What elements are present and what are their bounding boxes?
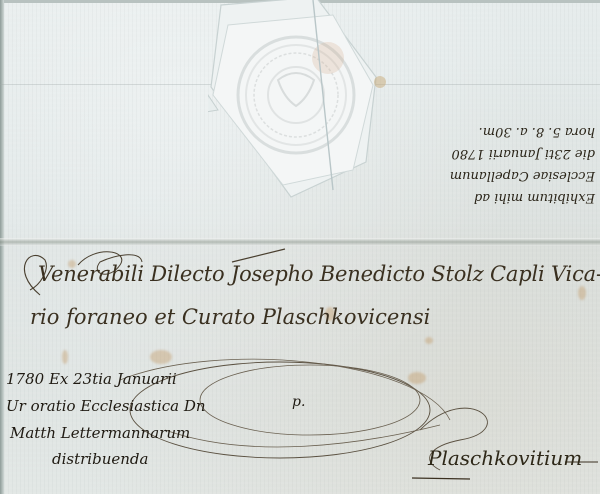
address-line-2: rio foraneo et Curato Plaschkovicensi — [30, 305, 430, 329]
address-line-1: Venerabili Dilecto Josepho Benedicto Sto… — [38, 262, 600, 286]
paper-left-edge — [0, 0, 4, 494]
fold-crease — [0, 238, 600, 246]
note-line-4: distribuenda — [52, 450, 148, 468]
note-line-date: 1780 Ex 23tia Januarii — [6, 370, 177, 388]
receipt-line: hora 5. 8. a. 30m. — [385, 120, 595, 142]
wafer-seal — [208, 0, 368, 190]
upside-down-receipt-note: Exhibitum mihi ad Ecclesiae Capellanum d… — [385, 108, 595, 208]
seal-emblem-icon — [208, 0, 398, 200]
foxing-stain — [62, 350, 68, 364]
foxing-stain — [150, 350, 172, 364]
receipt-line: Ecclesiae Capellanum — [385, 164, 595, 186]
receipt-line: Exhibitum mihi ad — [385, 186, 595, 208]
foxing-stain — [578, 286, 586, 300]
note-line-2: Ur oratio Ecclesiastica Dn — [6, 397, 206, 415]
place-name: Plaschkovitium — [428, 446, 582, 470]
marginal-mark: p. — [292, 394, 305, 410]
foxing-stain — [408, 372, 426, 384]
receipt-line: die 23ti Januarii 1780 — [385, 142, 595, 164]
note-line-3: Matth Lettermannarum — [10, 424, 190, 442]
manuscript-page: Exhibitum mihi ad Ecclesiae Capellanum d… — [0, 0, 600, 494]
foxing-stain — [425, 337, 433, 344]
